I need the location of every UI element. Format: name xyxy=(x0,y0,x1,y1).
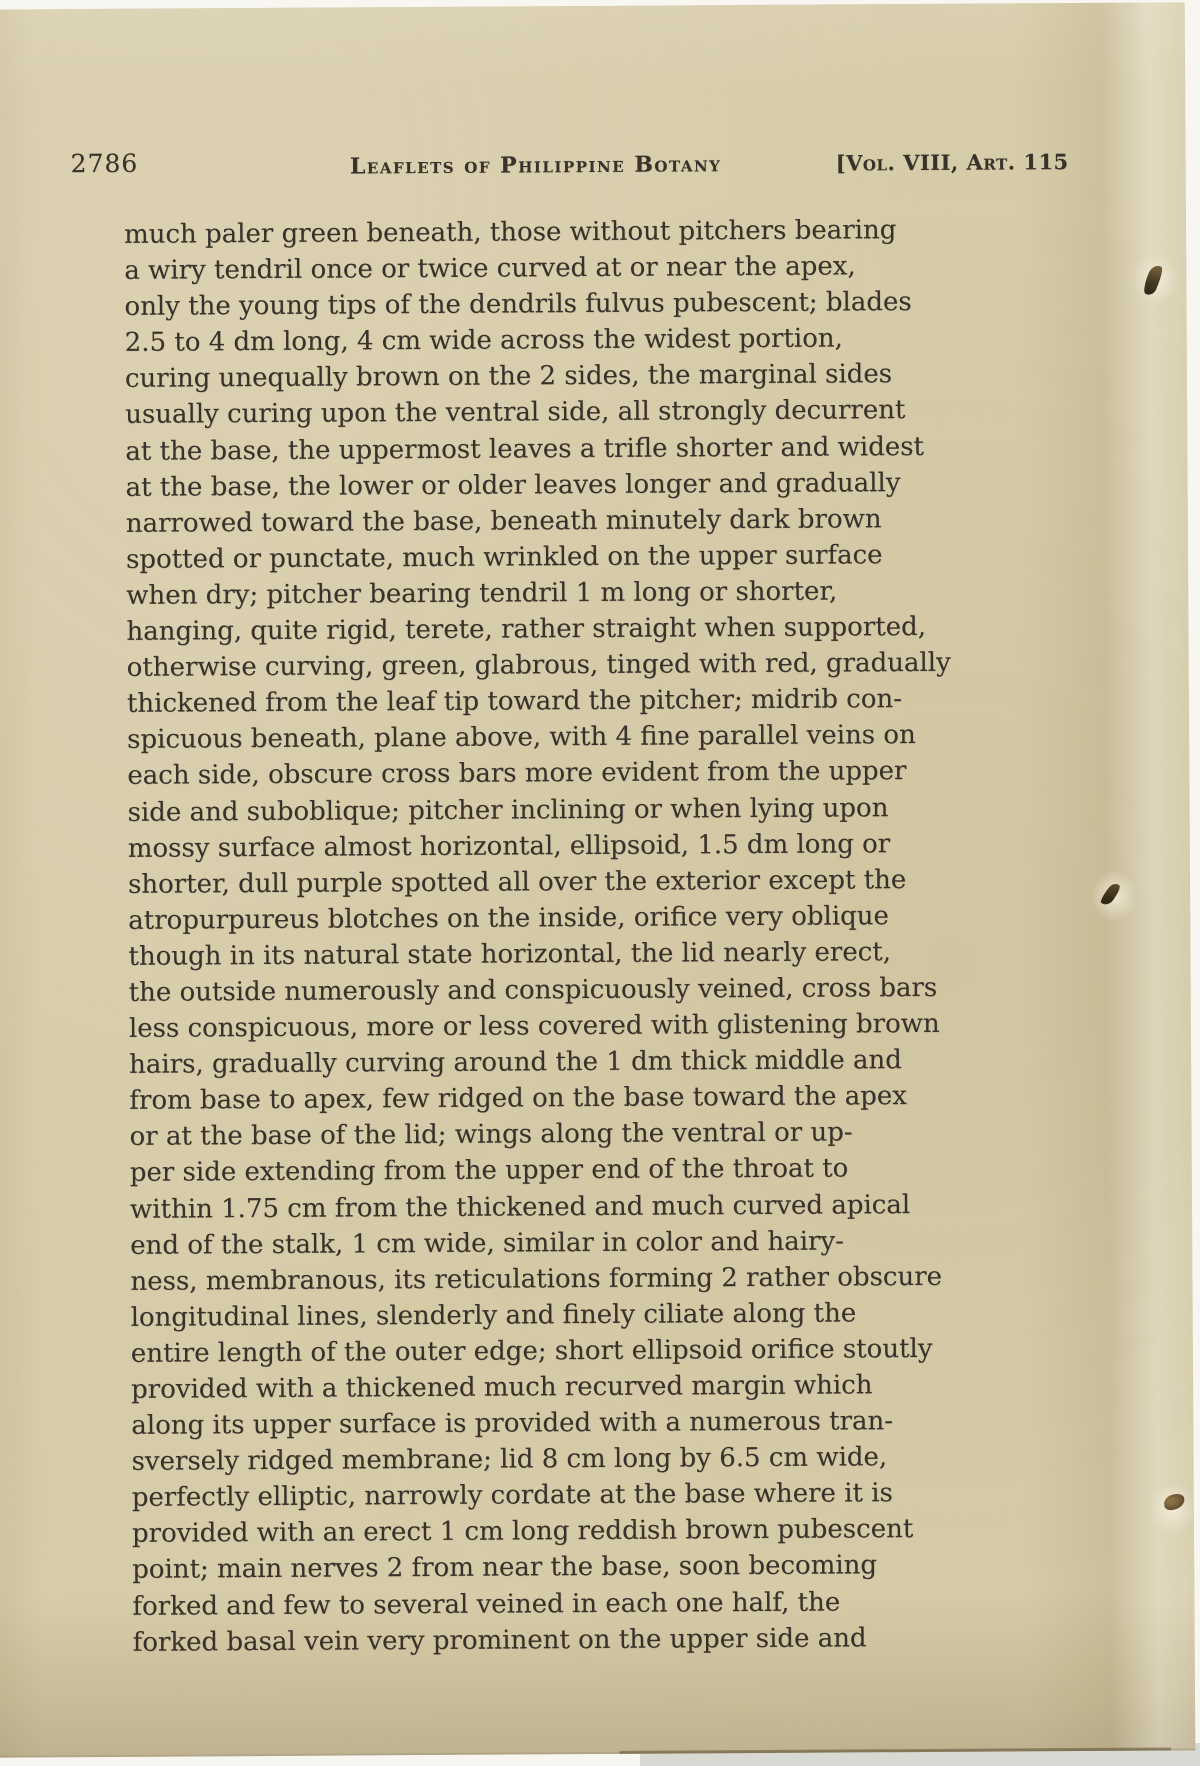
text-line: forked basal vein very prominent on the … xyxy=(133,1619,1019,1661)
text-line: entire length of the outer edge; short e… xyxy=(131,1330,1017,1372)
volume-article-reference: [Vol. VIII, Art. 115 xyxy=(796,149,1069,176)
text-line: from base to apex, few ridged on the bas… xyxy=(129,1078,1015,1120)
text-line: a wiry tendril once or twice curved at o… xyxy=(124,248,1010,290)
text-line: hanging, quite rigid, terete, rather str… xyxy=(126,608,1012,650)
text-line: or at the base of the lid; wings along t… xyxy=(129,1114,1015,1156)
text-line: only the young tips of the dendrils fulv… xyxy=(124,284,1010,326)
text-line: hairs, gradually curving around the 1 dm… xyxy=(129,1042,1015,1084)
text-line: though in its natural state horizontal, … xyxy=(128,933,1014,975)
scanned-book-page-screenshot: { "colors": { "paper": "#d7cca9", "ink":… xyxy=(0,0,1200,1766)
text-line: per side extending from the upper end of… xyxy=(130,1150,1016,1192)
text-line: within 1.75 cm from the thickened and mu… xyxy=(130,1186,1016,1228)
text-line: otherwise curving, green, glabrous, ting… xyxy=(127,645,1013,687)
text-line: shorter, dull purple spotted all over th… xyxy=(128,861,1014,903)
text-line: spicuous beneath, plane above, with 4 fi… xyxy=(127,717,1013,759)
text-line: 2.5 to 4 dm long, 4 cm wide across the w… xyxy=(125,320,1011,362)
binding-mark-top xyxy=(1146,265,1159,296)
text-line: much paler green beneath, those without … xyxy=(124,211,1010,253)
text-line: each side, obscure cross bars more evide… xyxy=(127,753,1013,795)
text-line: sversely ridged membrane; lid 8 cm long … xyxy=(131,1439,1017,1481)
body-text: much paler green beneath, those without … xyxy=(124,211,1019,1660)
stain-mark-bottom xyxy=(1164,1494,1185,1509)
text-line: when dry; pitcher bearing tendril 1 m lo… xyxy=(126,572,1012,614)
text-line: the outside numerously and conspicuously… xyxy=(129,969,1015,1011)
book-page: 2786 Leaflets of Philippine Botany [Vol.… xyxy=(0,2,1195,1757)
text-line: curing unequally brown on the 2 sides, t… xyxy=(125,356,1011,398)
text-line: atropurpureus blotches on the inside, or… xyxy=(128,897,1014,939)
text-line: point; main nerves 2 from near the base,… xyxy=(132,1547,1018,1589)
text-line: provided with a thickened much recurved … xyxy=(131,1366,1017,1408)
text-line: longitudinal lines, slenderly and finely… xyxy=(131,1294,1017,1336)
text-line: ness, membranous, its reticulations form… xyxy=(130,1258,1016,1300)
text-line: thickened from the leaf tip toward the p… xyxy=(127,681,1013,723)
text-line: forked and few to several veined in each… xyxy=(132,1583,1018,1625)
text-line: narrowed toward the base, beneath minute… xyxy=(126,500,1012,542)
text-line: spotted or punctate, much wrinkled on th… xyxy=(126,536,1012,578)
text-line: perfectly elliptic, narrowly cordate at … xyxy=(132,1475,1018,1517)
text-line: along its upper surface is provided with… xyxy=(131,1402,1017,1444)
page-number: 2786 xyxy=(71,149,139,178)
text-line: at the base, the uppermost leaves a trif… xyxy=(125,428,1011,470)
text-line: at the base, the lower or older leaves l… xyxy=(125,464,1011,506)
binding-mark-middle xyxy=(1105,882,1116,907)
journal-title: Leaflets of Philippine Botany xyxy=(336,151,736,179)
text-line: less conspicuous, more or less covered w… xyxy=(129,1005,1015,1047)
text-line: usually curing upon the ventral side, al… xyxy=(125,392,1011,434)
text-line: provided with an erect 1 cm long reddish… xyxy=(132,1511,1018,1553)
text-line: side and suboblique; pitcher inclining o… xyxy=(127,789,1013,831)
text-line: end of the stalk, 1 cm wide, similar in … xyxy=(130,1222,1016,1264)
text-line: mossy surface almost horizontal, ellipso… xyxy=(128,825,1014,867)
